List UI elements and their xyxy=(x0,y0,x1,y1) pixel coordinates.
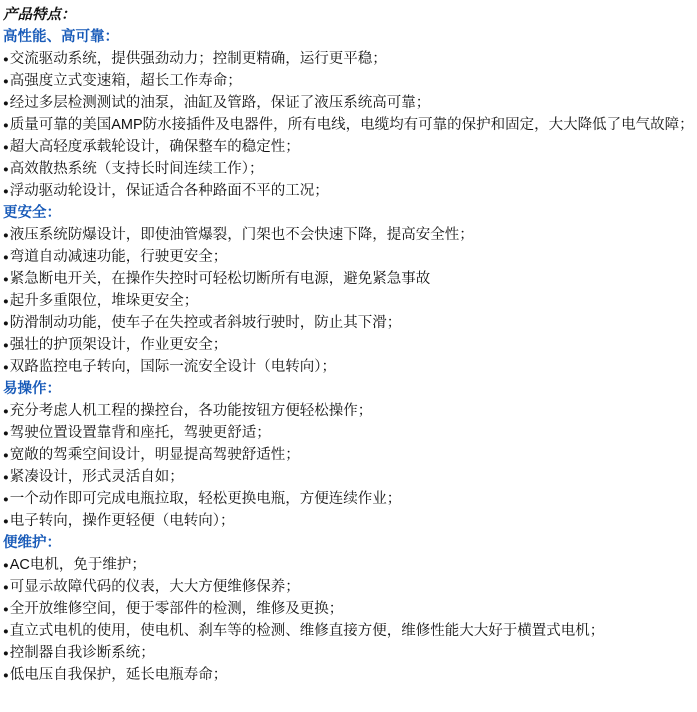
bullet-icon: ● xyxy=(3,648,9,659)
bullet-icon: ● xyxy=(3,120,9,131)
feature-item: ●电子转向，操作更轻便（电转向）； xyxy=(3,510,697,532)
feature-item: ●高强度立式变速箱，超长工作寿命； xyxy=(3,70,697,92)
bullet-icon: ● xyxy=(3,76,9,87)
feature-text: 紧急断电开关，在操作失控时可轻松切断所有电源，避免紧急事故 xyxy=(10,271,431,287)
bullet-icon: ● xyxy=(3,274,9,285)
feature-text: 可显示故障代码的仪表，大大方便维修保养； xyxy=(10,579,300,595)
feature-text: 控制器自我诊断系统； xyxy=(10,645,155,661)
feature-text: 直立式电机的使用，使电机、刹车等的检测、维修直接方便，维修性能大大好于横置式电机… xyxy=(10,623,605,639)
feature-text: 弯道自动减速功能，行驶更安全； xyxy=(10,249,228,265)
feature-text: 起升多重限位，堆垛更安全； xyxy=(10,293,199,309)
feature-text: 双路监控电子转向，国际一流安全设计（电转向）； xyxy=(10,359,336,375)
page-title: 产品特点： xyxy=(3,4,697,26)
product-features-page: 产品特点： 高性能、高可靠： ●交流驱动系统，提供强劲动力；控制更精确，运行更平… xyxy=(0,0,697,686)
section-heading-maintenance: 便维护： xyxy=(3,532,697,554)
bullet-icon: ● xyxy=(3,604,9,615)
feature-text: 驾驶位置设置靠背和座托，驾驶更舒适； xyxy=(10,425,271,441)
feature-text: 质量可靠的美国AMP防水接插件及电器件，所有电线，电缆均有可靠的保护和固定，大大… xyxy=(10,117,694,133)
feature-item: ●驾驶位置设置靠背和座托，驾驶更舒适； xyxy=(3,422,697,444)
feature-item: ●防滑制动功能，使车子在失控或者斜坡行驶时，防止其下滑； xyxy=(3,312,697,334)
feature-item: ●充分考虑人机工程的操控台，各功能按钮方便轻松操作； xyxy=(3,400,697,422)
section-heading-performance: 高性能、高可靠： xyxy=(3,26,697,48)
bullet-icon: ● xyxy=(3,186,9,197)
feature-item: ●全开放维修空间，便于零部件的检测，维修及更换； xyxy=(3,598,697,620)
feature-text: 浮动驱动轮设计，保证适合各种路面不平的工况； xyxy=(10,183,329,199)
feature-text: 一个动作即可完成电瓶拉取，轻松更换电瓶，方便连续作业； xyxy=(10,491,402,507)
feature-item: ●浮动驱动轮设计，保证适合各种路面不平的工况； xyxy=(3,180,697,202)
feature-text: 电子转向，操作更轻便（电转向）； xyxy=(10,513,235,529)
bullet-icon: ● xyxy=(3,560,9,571)
feature-item: ●低电压自我保护，延长电瓶寿命； xyxy=(3,664,697,686)
bullet-icon: ● xyxy=(3,670,9,681)
feature-text: 紧凑设计，形式灵活自如； xyxy=(10,469,184,485)
bullet-icon: ● xyxy=(3,142,9,153)
feature-text: 高强度立式变速箱，超长工作寿命； xyxy=(10,73,242,89)
feature-item: ●弯道自动减速功能，行驶更安全； xyxy=(3,246,697,268)
bullet-icon: ● xyxy=(3,428,9,439)
bullet-icon: ● xyxy=(3,98,9,109)
feature-item: ●超大高轻度承载轮设计，确保整车的稳定性； xyxy=(3,136,697,158)
feature-item: ●可显示故障代码的仪表，大大方便维修保养； xyxy=(3,576,697,598)
feature-item: ●紧急断电开关，在操作失控时可轻松切断所有电源，避免紧急事故 xyxy=(3,268,697,290)
feature-item: ●高效散热系统（支持长时间连续工作）； xyxy=(3,158,697,180)
feature-item: ●紧凑设计，形式灵活自如； xyxy=(3,466,697,488)
feature-item: ●起升多重限位，堆垛更安全； xyxy=(3,290,697,312)
feature-item: ●液压系统防爆设计，即使油管爆裂，门架也不会快速下降，提高安全性； xyxy=(3,224,697,246)
feature-item: ●宽敞的驾乘空间设计，明显提高驾驶舒适性； xyxy=(3,444,697,466)
feature-text: 液压系统防爆设计，即使油管爆裂，门架也不会快速下降，提高安全性； xyxy=(10,227,474,243)
feature-text: 充分考虑人机工程的操控台，各功能按钮方便轻松操作； xyxy=(10,403,373,419)
bullet-icon: ● xyxy=(3,296,9,307)
bullet-icon: ● xyxy=(3,582,9,593)
feature-text: 经过多层检测测试的油泵，油缸及管路，保证了液压系统高可靠； xyxy=(10,95,431,111)
feature-item: ●强壮的护顶架设计，作业更安全； xyxy=(3,334,697,356)
feature-text: 防滑制动功能，使车子在失控或者斜坡行驶时，防止其下滑； xyxy=(10,315,402,331)
feature-item: ●直立式电机的使用，使电机、刹车等的检测、维修直接方便，维修性能大大好于横置式电… xyxy=(3,620,697,642)
feature-text: AC电机，免于维护； xyxy=(10,557,146,573)
bullet-icon: ● xyxy=(3,472,9,483)
feature-text: 超大高轻度承载轮设计，确保整车的稳定性； xyxy=(10,139,300,155)
bullet-icon: ● xyxy=(3,340,9,351)
bullet-icon: ● xyxy=(3,54,9,65)
feature-text: 强壮的护顶架设计，作业更安全； xyxy=(10,337,228,353)
section-heading-safety: 更安全： xyxy=(3,202,697,224)
feature-item: ●质量可靠的美国AMP防水接插件及电器件，所有电线，电缆均有可靠的保护和固定，大… xyxy=(3,114,697,136)
feature-text: 高效散热系统（支持长时间连续工作）； xyxy=(10,161,264,177)
bullet-icon: ● xyxy=(3,230,9,241)
feature-item: ●AC电机，免于维护； xyxy=(3,554,697,576)
bullet-icon: ● xyxy=(3,318,9,329)
bullet-icon: ● xyxy=(3,516,9,527)
feature-text: 低电压自我保护，延长电瓶寿命； xyxy=(10,667,228,683)
bullet-icon: ● xyxy=(3,406,9,417)
bullet-icon: ● xyxy=(3,362,9,373)
feature-item: ●经过多层检测测试的油泵，油缸及管路，保证了液压系统高可靠； xyxy=(3,92,697,114)
bullet-icon: ● xyxy=(3,164,9,175)
section-heading-operation: 易操作： xyxy=(3,378,697,400)
feature-item: ●双路监控电子转向，国际一流安全设计（电转向）； xyxy=(3,356,697,378)
bullet-icon: ● xyxy=(3,494,9,505)
bullet-icon: ● xyxy=(3,252,9,263)
feature-text: 宽敞的驾乘空间设计，明显提高驾驶舒适性； xyxy=(10,447,300,463)
feature-text: 交流驱动系统，提供强劲动力；控制更精确，运行更平稳； xyxy=(10,51,387,67)
feature-item: ●一个动作即可完成电瓶拉取，轻松更换电瓶，方便连续作业； xyxy=(3,488,697,510)
bullet-icon: ● xyxy=(3,626,9,637)
bullet-icon: ● xyxy=(3,450,9,461)
feature-item: ●控制器自我诊断系统； xyxy=(3,642,697,664)
feature-item: ●交流驱动系统，提供强劲动力；控制更精确，运行更平稳； xyxy=(3,48,697,70)
feature-text: 全开放维修空间，便于零部件的检测，维修及更换； xyxy=(10,601,344,617)
